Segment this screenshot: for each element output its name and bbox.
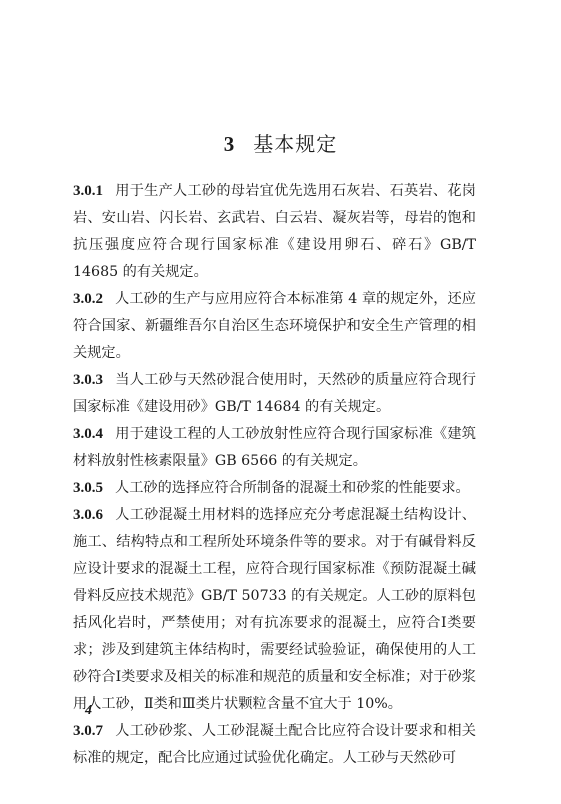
clause-number: 3.0.3	[73, 372, 103, 388]
clause-text: 用于建设工程的人工砂放射性应符合现行国家标准《建筑材料放射性核素限量》GB 65…	[73, 426, 476, 469]
clause-3-0-1: 3.0.1用于生产人工砂的母岩宜优先选用石灰岩、石英岩、花岗岩、安山岩、闪长岩、…	[73, 178, 476, 286]
clause-number: 3.0.5	[73, 480, 103, 496]
clause-number: 3.0.6	[73, 507, 103, 523]
clause-text: 人工砂砂浆、人工砂混凝土配合比应符合设计要求和相关标准的规定，配合比应通过试验优…	[73, 723, 476, 766]
clause-text: 用于生产人工砂的母岩宜优先选用石灰岩、石英岩、花岗岩、安山岩、闪长岩、玄武岩、白…	[73, 183, 476, 280]
clause-3-0-3: 3.0.3当人工砂与天然砂混合使用时，天然砂的质量应符合现行国家标准《建设用砂》…	[73, 367, 476, 421]
chapter-number: 3	[224, 132, 236, 156]
clause-text: 人工砂的生产与应用应符合本标准第 4 章的规定外，还应符合国家、新疆维吾尔自治区…	[73, 291, 476, 361]
clause-number: 3.0.1	[73, 183, 103, 199]
clause-number: 3.0.7	[73, 723, 103, 739]
clause-3-0-6: 3.0.6人工砂混凝土用材料的选择应充分考虑混凝土结构设计、施工、结构特点和工程…	[73, 502, 476, 718]
clause-text: 人工砂的选择应符合所制备的混凝土和砂浆的性能要求。	[115, 480, 470, 496]
clause-3-0-5: 3.0.5人工砂的选择应符合所制备的混凝土和砂浆的性能要求。	[73, 475, 476, 502]
clause-number: 3.0.2	[73, 291, 103, 307]
clause-text: 人工砂混凝土用材料的选择应充分考虑混凝土结构设计、施工、结构特点和工程所处环境条…	[73, 507, 476, 712]
clause-3-0-2: 3.0.2人工砂的生产与应用应符合本标准第 4 章的规定外，还应符合国家、新疆维…	[73, 286, 476, 367]
clause-list: 3.0.1用于生产人工砂的母岩宜优先选用石灰岩、石英岩、花岗岩、安山岩、闪长岩、…	[73, 178, 476, 772]
clause-number: 3.0.4	[73, 426, 103, 442]
page-number: 4	[85, 703, 92, 719]
clause-text: 当人工砂与天然砂混合使用时，天然砂的质量应符合现行国家标准《建设用砂》GB/T …	[73, 372, 476, 415]
chapter-heading: 3基本规定	[0, 128, 561, 157]
chapter-title: 基本规定	[253, 132, 337, 156]
clause-3-0-7: 3.0.7人工砂砂浆、人工砂混凝土配合比应符合设计要求和相关标准的规定，配合比应…	[73, 718, 476, 772]
clause-3-0-4: 3.0.4用于建设工程的人工砂放射性应符合现行国家标准《建筑材料放射性核素限量》…	[73, 421, 476, 475]
document-page: 3基本规定 3.0.1用于生产人工砂的母岩宜优先选用石灰岩、石英岩、花岗岩、安山…	[0, 0, 561, 804]
